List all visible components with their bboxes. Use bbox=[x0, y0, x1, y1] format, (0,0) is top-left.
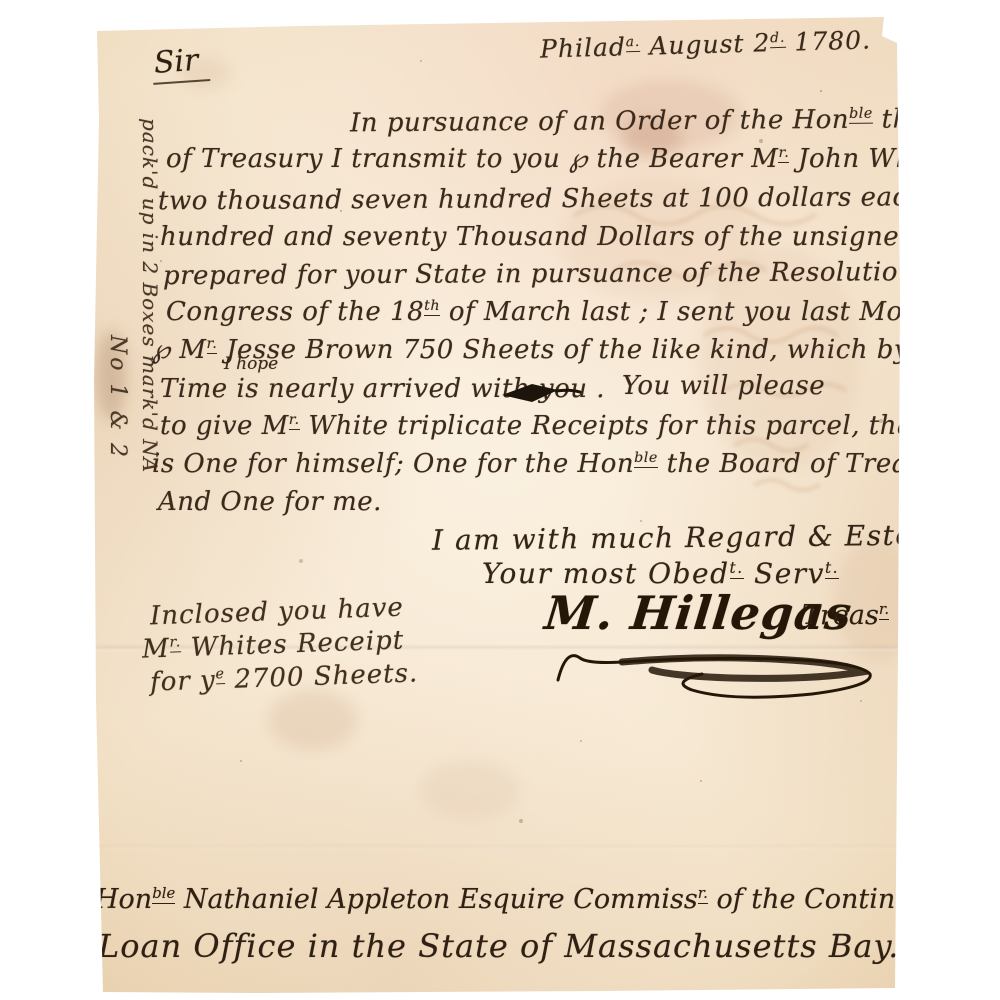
address-line-1: Honble Nathaniel Appleton Esquire Commis… bbox=[95, 884, 964, 915]
body-line-1: In pursuance of an Order of the Honble t… bbox=[350, 104, 1000, 139]
signature-flourish bbox=[552, 628, 892, 706]
ink-blot-arrow bbox=[498, 381, 582, 407]
paper-sheet: Philada. August 2d. 1780. Sir pack'd up … bbox=[0, 0, 1000, 1000]
salutation: Sir bbox=[151, 42, 210, 85]
photograph-of-letter: Philada. August 2d. 1780. Sir pack'd up … bbox=[0, 0, 1000, 1000]
dateline: Philada. August 2d. 1780. bbox=[540, 25, 872, 63]
body-line-9: to give Mr. White triplicate Receipts fo… bbox=[160, 411, 924, 441]
stain bbox=[268, 690, 358, 750]
margin-note-line1: pack'd up in 2 Boxes mark'd NA bbox=[138, 118, 162, 473]
body-line-10: is One for himself; One for the Honble t… bbox=[152, 449, 967, 479]
body-line-4: hundred and seventy Thousand Dollars of … bbox=[160, 222, 1000, 252]
interlinear-insertion: I hope bbox=[224, 354, 278, 374]
fold-crease bbox=[96, 845, 896, 849]
postscript-line-1: Inclosed you have bbox=[150, 593, 405, 632]
paper-specks bbox=[0, 0, 2, 2]
address-line-2: Loan Office in the State of Massachusett… bbox=[98, 927, 899, 965]
body-line-3: two thousand seven hundred Sheets at 100… bbox=[158, 182, 1000, 217]
stain bbox=[420, 760, 520, 820]
body-line-6: Congress of the 18th of March last ; I s… bbox=[166, 297, 948, 327]
body-line-11: And One for me. bbox=[158, 487, 382, 517]
margin-note-line2: No 1 & 2 bbox=[105, 335, 130, 460]
body-line-8b: You will please bbox=[622, 371, 825, 401]
signature-title: Treasr. bbox=[802, 600, 889, 631]
postscript-line-3: for ye 2700 Sheets. bbox=[150, 658, 419, 697]
body-line-2: of Treasury I transmit to you ℘ the Bear… bbox=[166, 144, 948, 174]
body-line-5: prepared for your State in pursuance of … bbox=[163, 257, 964, 291]
postscript-line-2: Mr. Whites Receipt bbox=[142, 625, 405, 664]
closing-line-1: I am with much Regard & Esteem bbox=[432, 518, 960, 557]
